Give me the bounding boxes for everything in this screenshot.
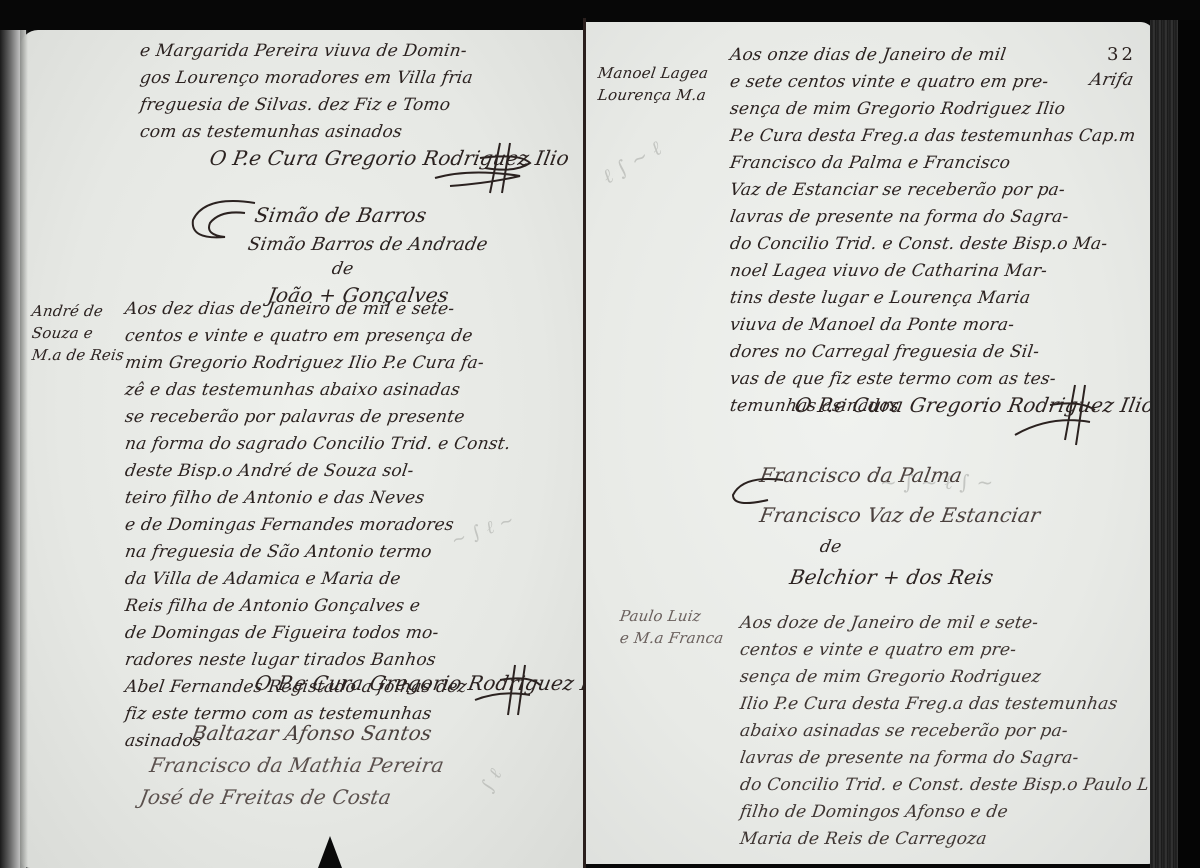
margin-line: Paulo Luiz	[618, 605, 725, 627]
bookmark-ribbon	[318, 836, 342, 868]
text-line: freguesia de Silvas. dez Fiz e Tomo	[138, 92, 474, 119]
text-line: na freguesia de São Antonio termo	[123, 539, 512, 566]
text-line: zê e das testemunhas abaixo asinadas	[123, 377, 512, 404]
text-line: noel Lagea viuvo de Catharina Mar-	[728, 258, 1137, 285]
priest-signature: O P.e Cura Gregorio Rodriguez Ilio	[252, 668, 616, 698]
text-line: Aos doze de Janeiro de mil e sete-	[738, 610, 1177, 637]
text-line: Maria de Reis de Carregoza	[738, 826, 1177, 853]
right-margin-note: Manoel Lagea Lourença M.a	[598, 62, 708, 106]
text-line: Vaz de Estanciar se receberão por pa-	[728, 177, 1137, 204]
priest-signature: O P.e Cura Gregorio Rodriguez Ilio	[792, 390, 1156, 420]
witness-signature: Francisco da Palma	[757, 460, 964, 490]
margin-line: Souza e	[30, 322, 125, 344]
witness-signature: Baltazar Afonso Santos	[189, 718, 434, 748]
text-line: de Domingas de Figueira todos mo-	[123, 620, 512, 647]
text-line: lavras de presente na forma do Sagra-	[738, 745, 1177, 772]
book-spread-photo: ~ ∫ ℓ ~ ∫ ℓ e Margarida Pereira viuva de…	[0, 0, 1200, 868]
text-line: vas de que fiz este termo com as tes-	[728, 366, 1137, 393]
text-line: viuva de Manoel da Ponte mora-	[728, 312, 1137, 339]
text-line: com as testemunhas asinados	[138, 119, 474, 146]
left-entry-1-text: e Margarida Pereira viuva de Domin- gos …	[140, 38, 473, 146]
witness-signature: Francisco Vaz de Estanciar	[757, 500, 1042, 530]
right-entry-1-text: Aos onze dias de Janeiro de mil e sete c…	[730, 42, 1135, 420]
text-line: gos Lourenço moradores em Villa fria	[138, 65, 474, 92]
text-line: dores no Carregal freguesia de Sil-	[728, 339, 1137, 366]
text-line: tins deste lugar e Lourença Maria	[728, 285, 1137, 312]
text-line: Reis filha de Antonio Gonçalves e	[123, 593, 512, 620]
text-line: e sete centos vinte e quatro em pre-	[728, 69, 1137, 96]
right-margin-note: Paulo Luiz e M.a Franca	[620, 605, 723, 649]
margin-line: M.a de Reis	[30, 344, 125, 366]
text-line: abaixo asinadas se receberão por pa-	[738, 718, 1177, 745]
text-line: Francisco da Palma e Francisco	[728, 150, 1137, 177]
text-line: sença de mim Gregorio Rodriguez Ilio	[728, 96, 1137, 123]
text-line: sença de mim Gregorio Rodriguez	[738, 664, 1177, 691]
text-line: do Concilio Trid. e Const. deste Bisp.o …	[738, 772, 1177, 799]
text-line: centos e vinte e quatro em pre-	[738, 637, 1177, 664]
text-line: centos e vinte e quatro em presença de	[123, 323, 512, 350]
text-line: Aos onze dias de Janeiro de mil	[728, 42, 1137, 69]
witness-signature: Belchior + dos Reis	[787, 562, 996, 592]
text-line: na forma do sagrado Concilio Trid. e Con…	[123, 431, 512, 458]
margin-line: André de	[30, 300, 125, 322]
text-line: Ilio P.e Cura desta Freg.a das testemunh…	[738, 691, 1177, 718]
text-line: deste Bisp.o André de Souza sol-	[123, 458, 512, 485]
witness-signature: José de Freitas de Costa	[137, 782, 393, 812]
right-entry-2-text: Aos doze de Janeiro de mil e sete- cento…	[740, 610, 1175, 853]
margin-line: e M.a Franca	[618, 627, 725, 649]
text-line: e de Domingas Fernandes moradores	[123, 512, 512, 539]
text-line: P.e Cura desta Freg.a das testemunhas Ca…	[728, 123, 1137, 150]
text-line: da Villa de Adamica e Maria de	[123, 566, 512, 593]
left-margin-note: André de Souza e M.a de Reis	[32, 300, 124, 366]
witness-signature: Simão Barros de Andrade	[245, 230, 490, 260]
text-line: filho de Domingos Afonso e de	[738, 799, 1177, 826]
text-line: e Margarida Pereira viuva de Domin-	[138, 38, 474, 65]
margin-line: Lourença M.a	[596, 84, 709, 106]
witness-signature: Simão de Barros	[252, 200, 429, 230]
text-line: lavras de presente na forma do Sagra-	[728, 204, 1137, 231]
text-line: mim Gregorio Rodriguez Ilio P.e Cura fa-	[123, 350, 512, 377]
text-line: teiro filho de Antonio e das Neves	[123, 485, 512, 512]
right-page-edges	[1150, 20, 1200, 868]
witness-signature: Francisco da Mathia Pereira	[147, 750, 446, 780]
text-line: se receberão por palavras de presente	[123, 404, 512, 431]
priest-signature: O P.e Cura Gregorio Rodriguez Ilio	[207, 143, 571, 173]
text-line: Aos dez dias de Janeiro de mil e sete-	[123, 296, 512, 323]
text-line: do Concilio Trid. e Const. deste Bisp.o …	[728, 231, 1137, 258]
margin-line: Manoel Lagea	[596, 62, 709, 84]
